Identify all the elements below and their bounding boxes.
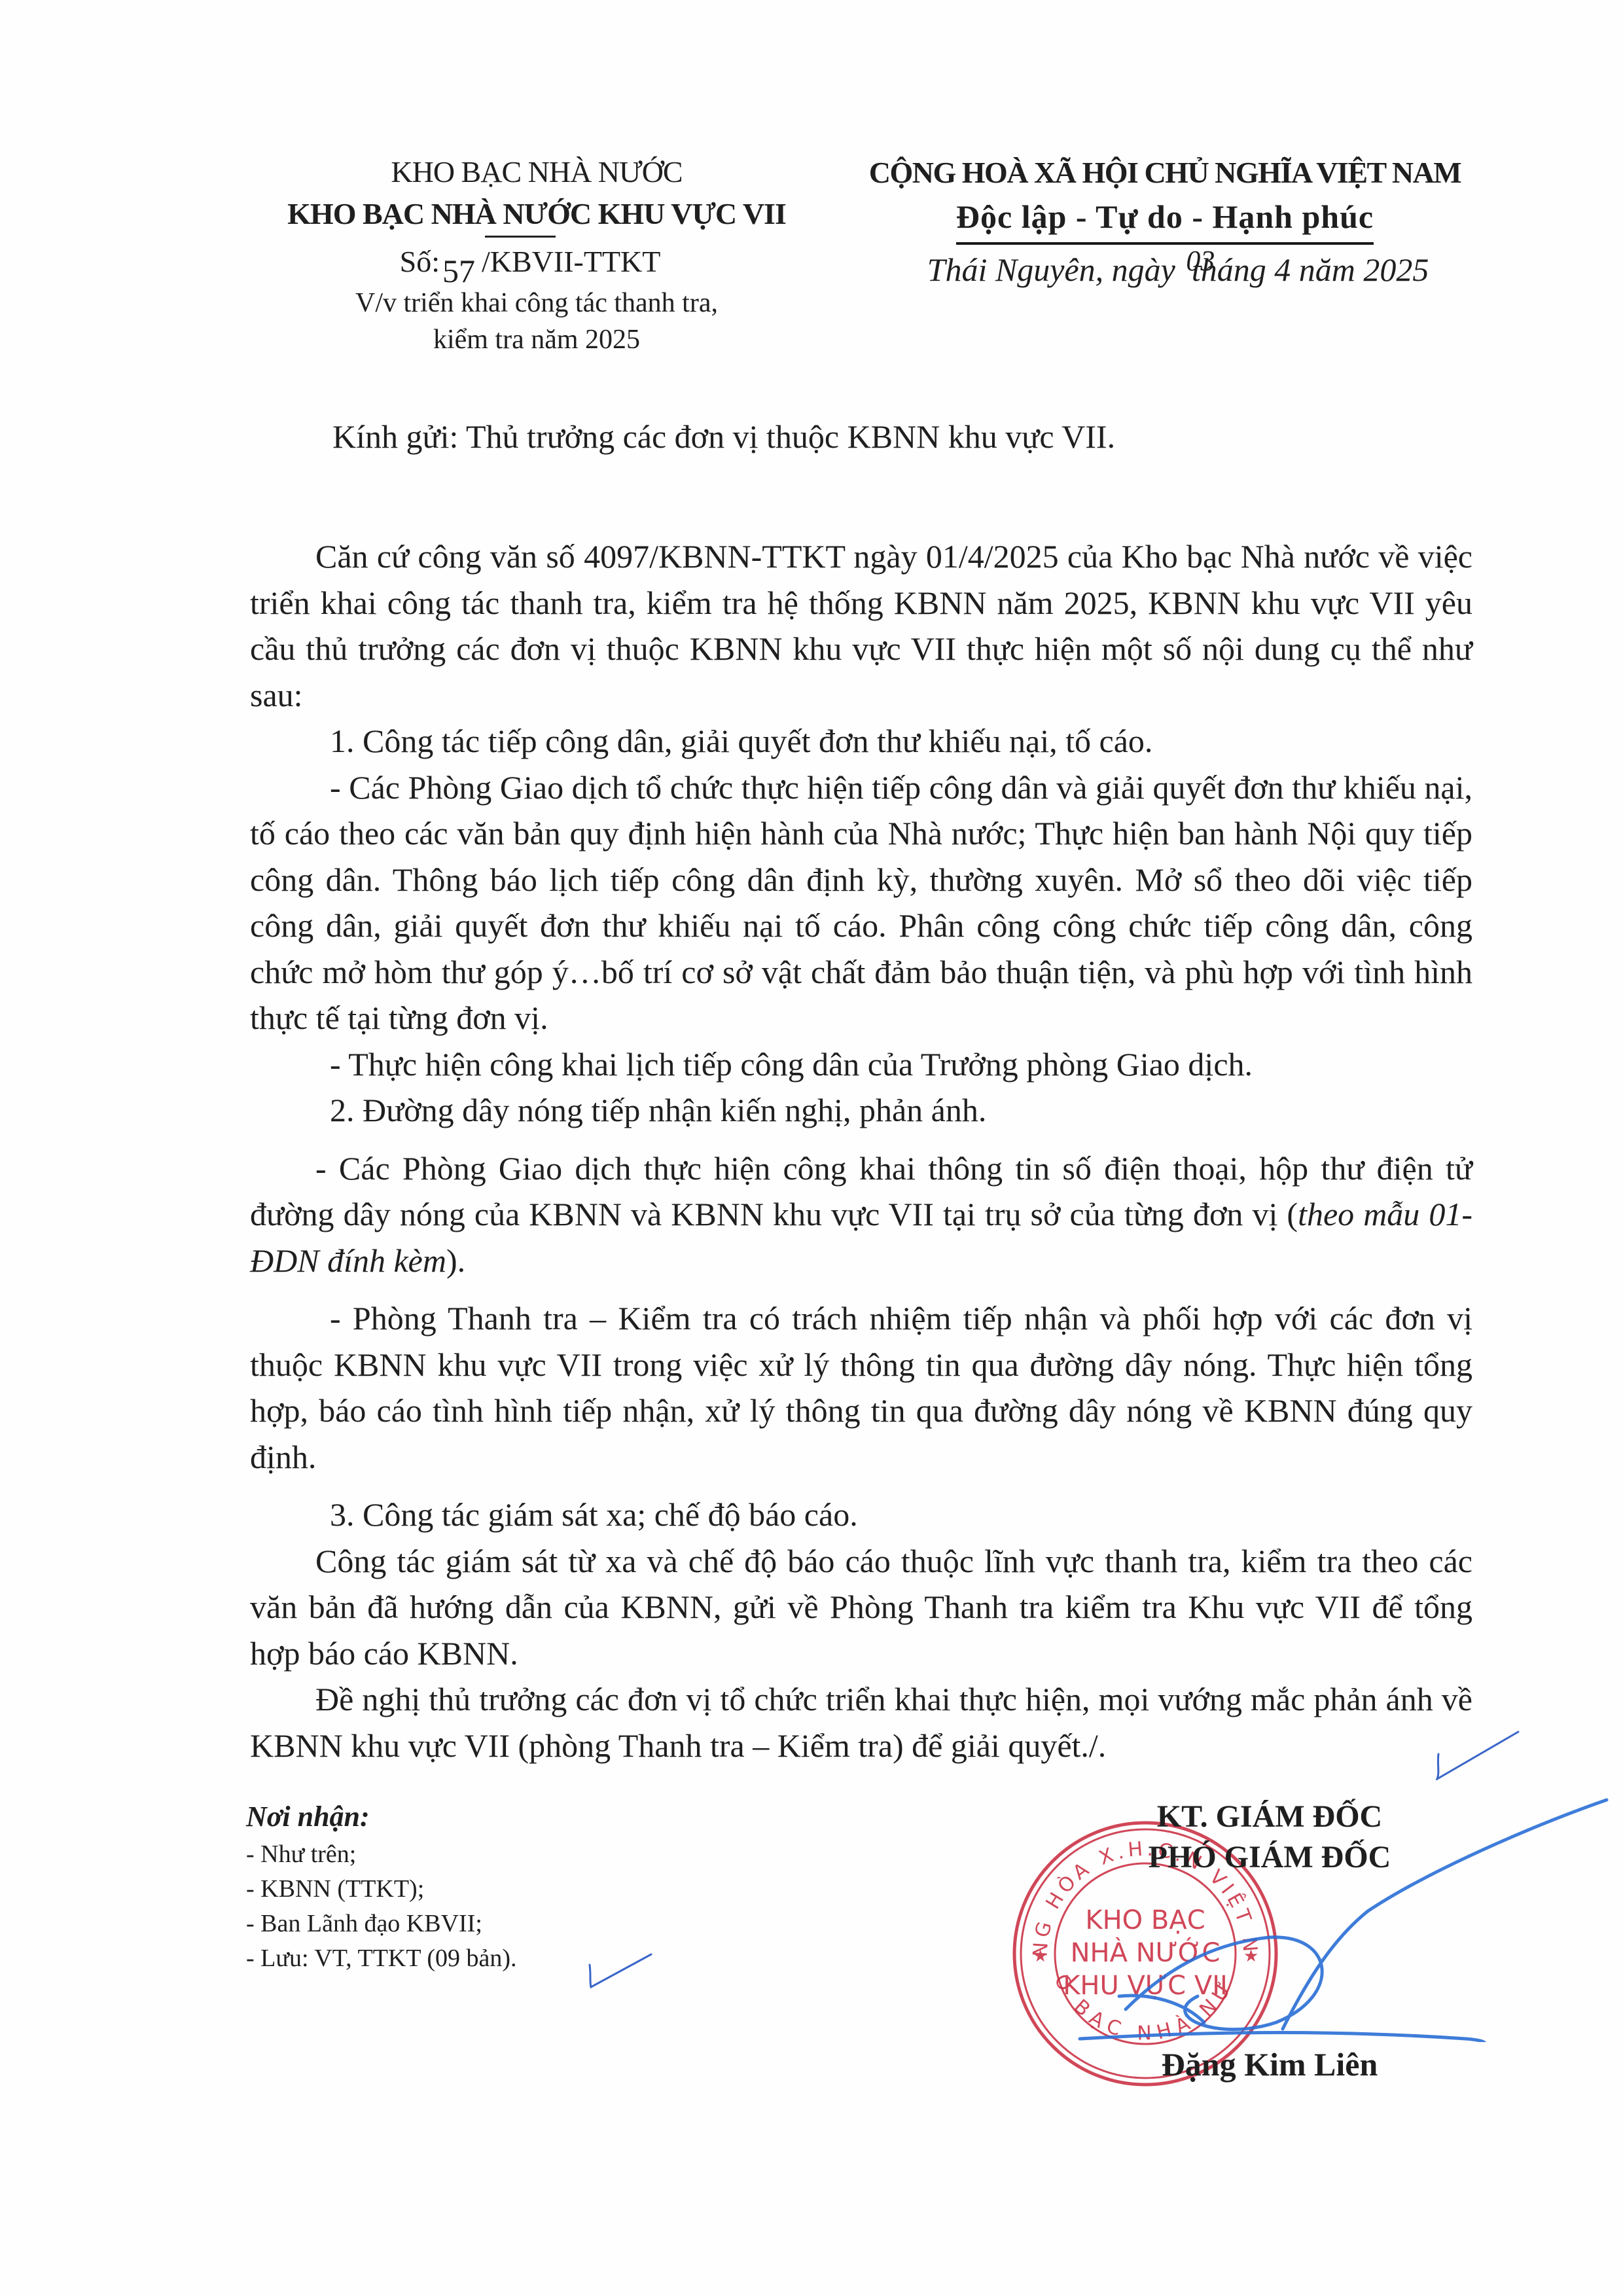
stamp-star-left: ★ [1033,1946,1048,1966]
section-2-title: 2. Đường dây nóng tiếp nhận kiến nghị, p… [250,1087,1472,1134]
document-page: KHO BẠC NHÀ NƯỚC KHO BẠC NHÀ NƯỚC KHU VỰ… [0,0,1623,2296]
checkmark-ink-icon [586,1950,658,1990]
section-2-paragraph-2: - Phòng Thanh tra – Kiểm tra có trách nh… [250,1295,1472,1480]
checkmark-ink-icon [1433,1728,1525,1780]
agency-name: KHO BẠC NHÀ NƯỚC KHU VỰC VII [249,192,825,236]
section-1-paragraph-1: - Các Phòng Giao dịch tổ chức thực hiện … [250,764,1472,1041]
recipients-block: Nơi nhận: - Như trên; - KBNN (TTKT); - B… [246,1797,517,1976]
recipient-item: - Ban Lãnh đạo KBVII; [246,1907,517,1941]
place-date: Thái Nguyên, ngày 03 tháng 4 năm 2025 [864,246,1492,295]
date-suffix: tháng 4 năm 2025 [1183,251,1429,288]
greeting: Kính gửi: Thủ trưởng các đơn vị thuộc KB… [332,414,1115,459]
section-2-p1-end: ). [446,1242,465,1279]
doc-number-prefix: Số: [400,245,440,278]
doc-number-handwritten: 57 [442,248,475,294]
section-3-title: 3. Công tác giám sát xa; chế độ báo cáo. [250,1492,1472,1538]
national-motto: Độc lập - Tự do - Hạnh phúc [956,194,1374,245]
recipient-item: - KBNN (TTKT); [246,1872,517,1907]
subject-line-1: V/v triển khai công tác thanh tra, [249,285,825,321]
intro-paragraph: Căn cứ công văn số 4097/KBNN-TTKT ngày 0… [250,533,1472,718]
handwritten-signature [1060,1780,1623,2042]
date-prefix: Thái Nguyên, ngày [927,251,1184,288]
section-1-title: 1. Công tác tiếp công dân, giải quyết đơ… [250,718,1472,764]
doc-number-suffix: /KBVII-TTKT [482,245,660,278]
section-2-p1-main: - Các Phòng Giao dịch thực hiện công kha… [250,1150,1472,1233]
recipient-item: - Lưu: VT, TTKT (09 bản). [246,1941,517,1976]
closing-paragraph: Đề nghị thủ trưởng các đơn vị tổ chức tr… [250,1676,1472,1768]
issuing-agency-block: KHO BẠC NHÀ NƯỚC KHO BẠC NHÀ NƯỚC KHU VỰ… [249,152,825,358]
signer-name: Đặng Kim Liên [1086,2045,1453,2083]
agency-parent: KHO BẠC NHÀ NƯỚC [249,152,825,192]
document-number: Số:57/KBVII-TTKT [242,238,818,285]
recipient-item: - Như trên; [246,1837,517,1872]
recipients-title: Nơi nhận: [246,1797,517,1837]
section-2-paragraph-1: - Các Phòng Giao dịch thực hiện công kha… [250,1145,1472,1284]
letter-body: Căn cứ công văn số 4097/KBNN-TTKT ngày 0… [250,533,1472,1768]
nation-title: CỘNG HOÀ XÃ HỘI CHỦ NGHĨA VIỆT NAM [851,152,1479,194]
section-3-paragraph-1: Công tác giám sát từ xa và chế độ báo cá… [250,1538,1472,1677]
national-header-block: CỘNG HOÀ XÃ HỘI CHỦ NGHĨA VIỆT NAM Độc l… [851,152,1479,295]
section-1-paragraph-2: - Thực hiện công khai lịch tiếp công dân… [250,1041,1472,1088]
subject-line-2: kiểm tra năm 2025 [249,321,825,358]
